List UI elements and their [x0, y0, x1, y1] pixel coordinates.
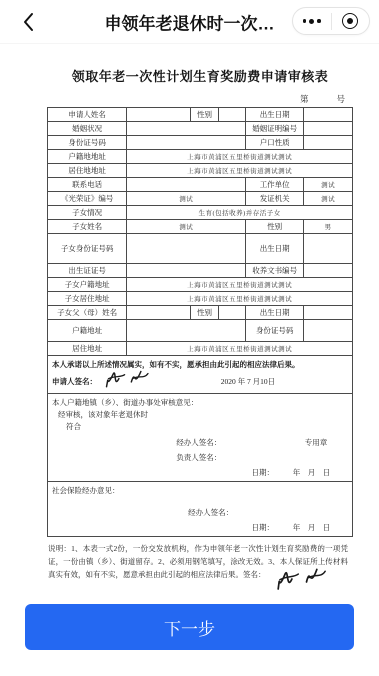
field-value: 上海市黄浦区五里桥街道测试测试 [127, 164, 353, 178]
social-review-cell: 社会保险经办意见： 经办人签名： 日期： 年 月 日 [48, 482, 353, 537]
table-row: 子女户籍地址 上海市黄浦区五里桥街道测试测试 [48, 278, 353, 292]
applicant-signature [98, 364, 152, 394]
exit-button[interactable] [332, 8, 370, 34]
field-label: 居住地址 [48, 342, 127, 356]
field-label: 收养文书编号 [246, 264, 304, 278]
field-label: 户籍地地址 [48, 150, 127, 164]
field-label: 性别 [191, 306, 218, 320]
field-label: 婚姻状况 [48, 122, 127, 136]
more-button[interactable] [293, 8, 331, 34]
field-label: 子女父（母）姓名 [48, 306, 127, 320]
field-label: 身份证号码 [48, 136, 127, 150]
page-title: 申领年老退休时一次… [105, 9, 275, 34]
field-value [127, 136, 246, 150]
footer: 下一步 [0, 604, 379, 676]
table-row: 居住地址 上海市黄浦区五里桥街道测试测试 [48, 342, 353, 356]
applicant-sign-label: 申请人签名： [52, 376, 97, 387]
field-value [127, 122, 246, 136]
next-step-button[interactable]: 下一步 [25, 604, 354, 650]
table-row: 出生证证号 收养文书编号 [48, 264, 353, 278]
field-value [127, 108, 191, 122]
field-label: 出生日期 [246, 234, 304, 264]
field-value [304, 320, 353, 342]
table-row: 子女情况 生育(包括收养)并存活子女 [48, 206, 353, 220]
handler-sign-label: 经办人签名： [176, 437, 221, 448]
social-review-title: 社会保险经办意见： [52, 485, 348, 497]
field-value: 测试 [127, 220, 246, 234]
field-label: 户口性质 [246, 136, 304, 150]
field-label: 户籍地址 [48, 320, 127, 342]
field-label: 子女身份证号码 [48, 234, 127, 264]
field-value [218, 306, 245, 320]
declaration-cell: 本人承诺以上所述情况属实，如有不实，愿承担由此引起的相应法律后果。 申请人签名：… [48, 356, 353, 394]
field-label: 申请人姓名 [48, 108, 127, 122]
declaration-row: 本人承诺以上所述情况属实，如有不实，愿承担由此引起的相应法律后果。 申请人签名：… [48, 356, 353, 394]
field-value: 生育(包括收养)并存活子女 [127, 206, 353, 220]
field-value [304, 108, 353, 122]
field-value: 测试 [127, 192, 246, 206]
field-value [127, 264, 246, 278]
field-value [304, 122, 353, 136]
screen: 申领年老退休时一次… 领取年老一次性计划生育奖励费申请审核表 第号 [0, 0, 379, 676]
navbar: 申领年老退休时一次… [0, 0, 379, 44]
field-label: 子女姓名 [48, 220, 127, 234]
field-value [304, 306, 353, 320]
field-value: 测试 [304, 178, 353, 192]
street-review-line1: 经审核，该对象年老退休时 [58, 409, 348, 421]
form-title: 领取年老一次性计划生育奖励费申请审核表 [47, 66, 353, 85]
field-label: 性别 [191, 108, 218, 122]
form-table: 申请人姓名 性别 出生日期 婚姻状况 婚姻证明编号 身份证号码 户口性质 [47, 107, 353, 537]
field-value: 上海市黄浦区五里桥街道测试测试 [127, 342, 353, 356]
field-label: 发证机关 [246, 192, 304, 206]
serial-suffix: 号 [336, 94, 345, 104]
field-value: 男 [304, 220, 353, 234]
seal-label: 专用章 [305, 437, 328, 448]
field-label: 出生日期 [246, 108, 304, 122]
field-value: 上海市黄浦区五里桥街道测试测试 [127, 292, 353, 306]
field-label: 居住地地址 [48, 164, 127, 178]
table-row: 《光荣证》编号 测试 发证机关 测试 [48, 192, 353, 206]
field-label: 性别 [246, 220, 304, 234]
table-row: 联系电话 工作单位 测试 [48, 178, 353, 192]
table-row: 婚姻状况 婚姻证明编号 [48, 122, 353, 136]
field-value [304, 264, 353, 278]
field-label: 出生证证号 [48, 264, 127, 278]
field-value: 测试 [304, 192, 353, 206]
field-value [304, 136, 353, 150]
field-value [127, 320, 246, 342]
field-label: 子女居住地址 [48, 292, 127, 306]
field-label: 出生日期 [246, 306, 304, 320]
form-document: 领取年老一次性计划生育奖励费申请审核表 第号 申请人姓名 性别 出生日期 [0, 44, 379, 582]
field-value [127, 178, 246, 192]
declaration-text: 本人承诺以上所述情况属实，如有不实，愿承担由此引起的相应法律后果。 [52, 359, 348, 370]
field-label: 《光荣证》编号 [48, 192, 127, 206]
social-handler-sign-label: 经办人签名： [188, 507, 348, 518]
street-review-cell: 本人户籍地镇（乡）、街道办事处审核意见： 经审核，该对象年老退休时 符合 经办人… [48, 394, 353, 482]
social-review-date: 日期： 年 月 日 [52, 522, 348, 533]
table-row: 子女姓名 测试 性别 男 [48, 220, 353, 234]
table-row: 子女居住地址 上海市黄浦区五里桥街道测试测试 [48, 292, 353, 306]
field-value: 上海市黄浦区五里桥街道测试测试 [127, 150, 353, 164]
target-circle-icon [342, 13, 358, 29]
social-review-row: 社会保险经办意见： 经办人签名： 日期： 年 月 日 [48, 482, 353, 537]
miniprogram-capsule [292, 7, 370, 35]
table-row: 身份证号码 户口性质 [48, 136, 353, 150]
field-label: 工作单位 [246, 178, 304, 192]
table-row: 子女身份证号码 出生日期 [48, 234, 353, 264]
table-row: 子女父（母）姓名 性别 出生日期 [48, 306, 353, 320]
table-row: 户籍地址 身份证号码 [48, 320, 353, 342]
field-label: 联系电话 [48, 178, 127, 192]
ellipsis-icon [303, 19, 321, 24]
field-label: 身份证号码 [246, 320, 304, 342]
field-value [127, 306, 191, 320]
field-label: 子女户籍地址 [48, 278, 127, 292]
street-review-line2: 符合 [66, 421, 348, 433]
serial-prefix: 第 [300, 94, 309, 104]
declaration-date: 2020 年 7 月10日 [221, 376, 275, 387]
form-notes: 说明：1、本表一式2份，一份交发放机构，作为申领年老一次性计划生育奖励费的一项凭… [48, 543, 348, 581]
field-value [304, 234, 353, 264]
field-value [218, 108, 245, 122]
table-row: 居住地地址 上海市黄浦区五里桥街道测试测试 [48, 164, 353, 178]
serial-number-line: 第号 [47, 93, 353, 105]
street-review-date: 日期： 年 月 日 [52, 467, 348, 478]
manager-sign-label: 负责人签名： [176, 452, 221, 463]
field-label: 婚姻证明编号 [246, 122, 304, 136]
street-review-row: 本人户籍地镇（乡）、街道办事处审核意见： 经审核，该对象年老退休时 符合 经办人… [48, 394, 353, 482]
back-button[interactable] [10, 0, 46, 44]
field-value [127, 234, 246, 264]
field-value: 上海市黄浦区五里桥街道测试测试 [127, 278, 353, 292]
street-review-title: 本人户籍地镇（乡）、街道办事处审核意见： [52, 397, 348, 409]
chevron-left-icon [22, 12, 34, 32]
table-row: 户籍地地址 上海市黄浦区五里桥街道测试测试 [48, 150, 353, 164]
field-label: 子女情况 [48, 206, 127, 220]
table-row: 申请人姓名 性别 出生日期 [48, 108, 353, 122]
